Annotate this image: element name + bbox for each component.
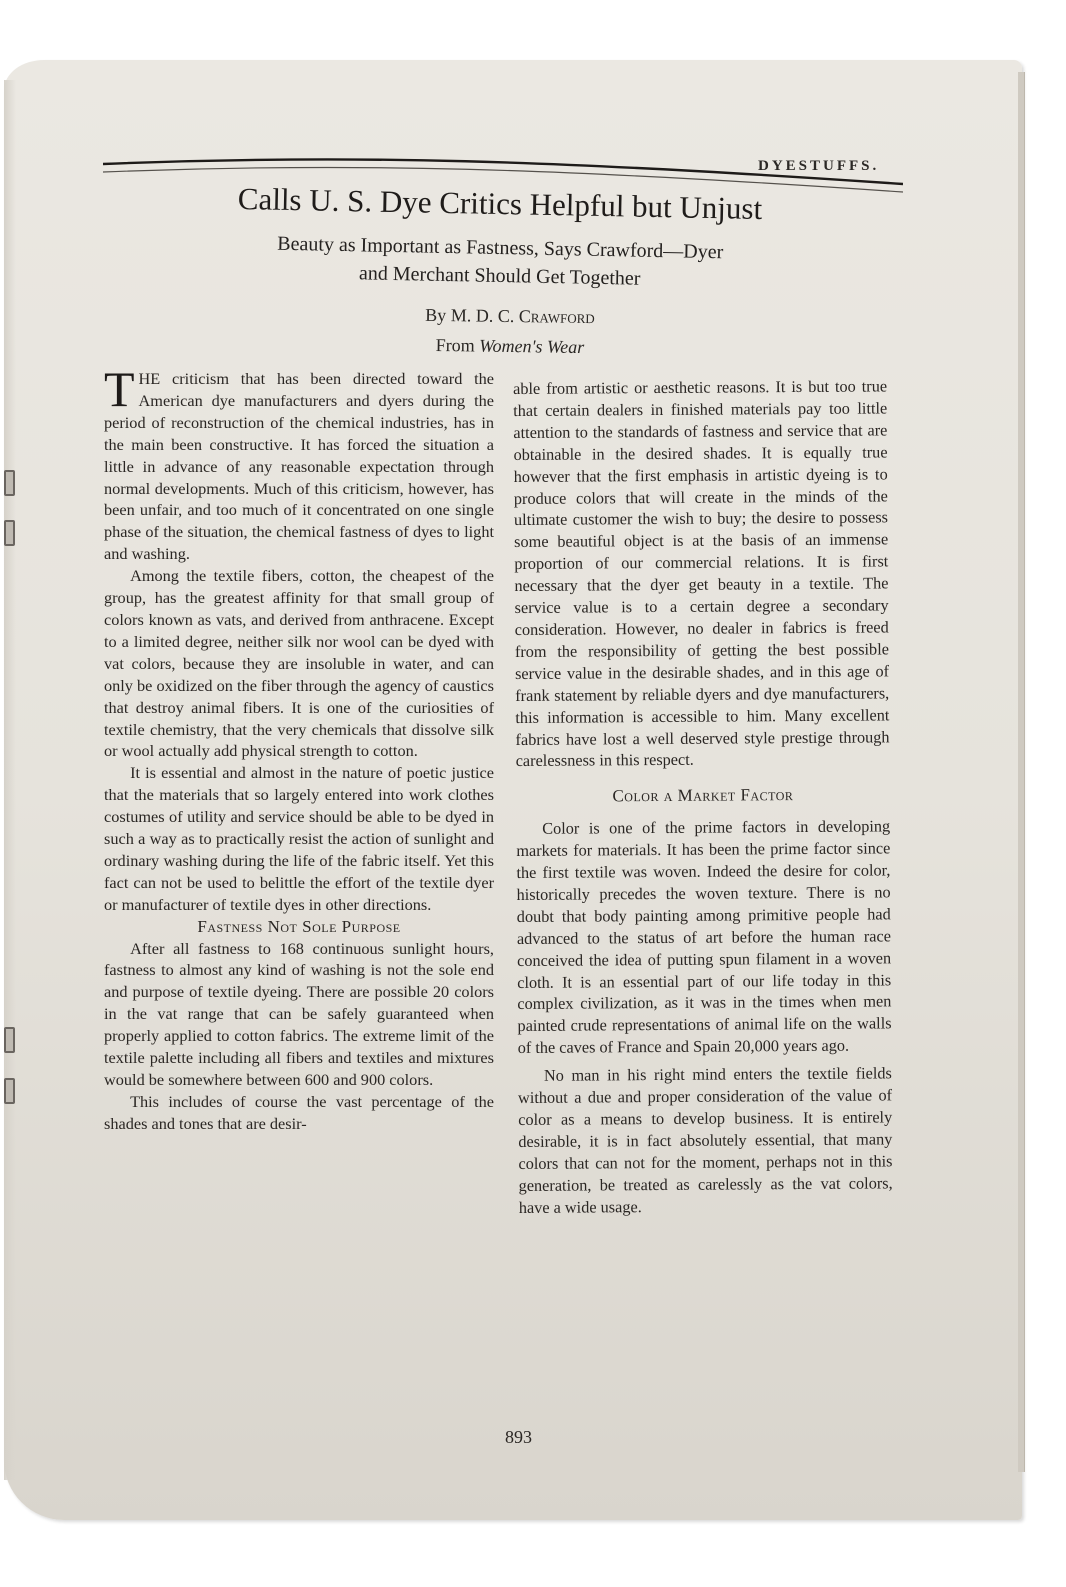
paragraph: After all fastness to 168 continuous sun… xyxy=(104,938,494,1091)
left-column: THE criticism that has been directed tow… xyxy=(104,368,494,1135)
paragraph: Among the textile fibers, cotton, the ch… xyxy=(104,565,494,762)
paragraph: No man in his right mind enters the text… xyxy=(518,1063,893,1219)
running-head: DYESTUFFS. xyxy=(758,158,879,175)
right-column: able from artistic or aesthetic reasons.… xyxy=(513,375,893,1218)
section-heading: Fastness Not Sole Purpose xyxy=(104,916,494,938)
paragraph: This includes of course the vast percent… xyxy=(104,1091,494,1135)
spine-shadow xyxy=(4,80,16,1480)
source-publication: Women's Wear xyxy=(479,336,584,357)
drop-cap: T xyxy=(104,368,135,410)
paragraph: THE criticism that has been directed tow… xyxy=(104,368,494,565)
staple-icon xyxy=(4,520,15,546)
paragraph: It is essential and almost in the nature… xyxy=(104,762,494,915)
paragraph: able from artistic or aesthetic reasons.… xyxy=(513,375,890,772)
page-number: 893 xyxy=(505,1427,532,1448)
staple-icon xyxy=(4,470,15,496)
staple-icon xyxy=(4,1078,15,1104)
source-prefix: From xyxy=(436,335,475,356)
paragraph: Color is one of the prime factors in dev… xyxy=(516,816,892,1060)
byline-prefix: By xyxy=(425,305,446,325)
article-subtitle: Beauty as Important as Fastness, Says Cr… xyxy=(210,228,791,295)
page-edge xyxy=(1018,72,1025,1472)
section-heading: Color a Market Factor xyxy=(516,784,890,809)
paragraph-text: HE criticism that has been directed towa… xyxy=(104,369,494,563)
staple-icon xyxy=(4,1027,15,1053)
author-name: M. D. C. Crawford xyxy=(451,305,595,327)
